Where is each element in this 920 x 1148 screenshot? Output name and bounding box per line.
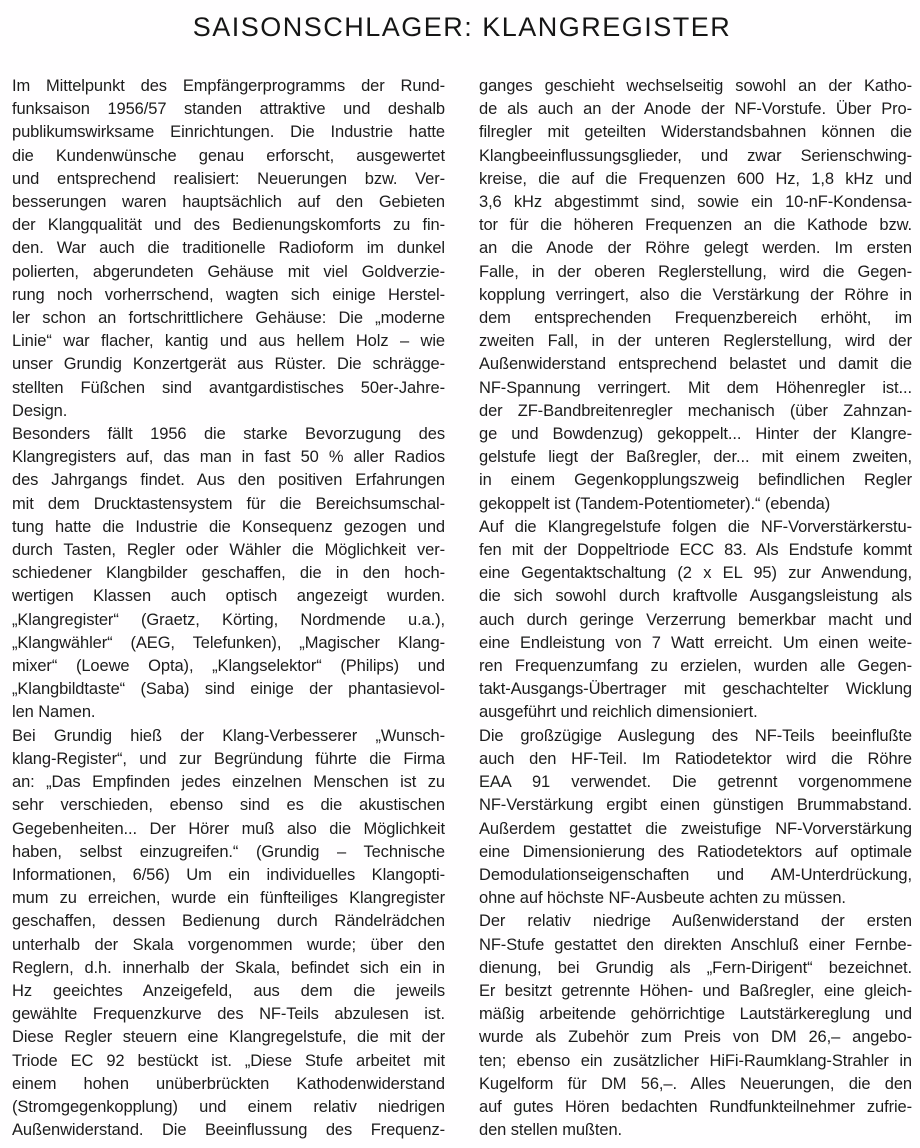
- text-line: Falle, in der oberen Reglerstellung, wir…: [479, 261, 912, 284]
- text-line: unterhalb der Skala vorgenommen wurde; ü…: [12, 934, 445, 957]
- text-line: auf gutes Hören bedachten Rundfunkteilne…: [479, 1096, 912, 1119]
- text-line: Reglern, d.h. innerhalb der Skala, befin…: [12, 957, 445, 980]
- text-line: Bei Grundig hieß der Klang-Verbesserer „…: [12, 725, 445, 748]
- text-line: NF-Stufe gestattet den direkten Anschluß…: [479, 934, 912, 957]
- text-line: Diese Regler steuern eine Klangregelstuf…: [12, 1026, 445, 1049]
- text-line: auch den HF-Teil. Im Ratiodetektor wird …: [479, 748, 912, 771]
- text-line: Er besitzt getrennte Höhen- und Baßregle…: [479, 980, 912, 1003]
- text-line: rung noch vorherrschend, wagten sich ein…: [12, 284, 445, 307]
- article-column-right: ganges geschieht wechselseitig sowohl an…: [479, 75, 912, 1142]
- text-line: und entsprechend realisiert: Neuerungen …: [12, 168, 445, 191]
- text-line: Die großzügige Auslegung des NF-Teils be…: [479, 725, 912, 748]
- text-line: geschaffen, dessen Bedienung durch Rände…: [12, 910, 445, 933]
- text-line: der ZF-Bandbreitenregler mechanisch (übe…: [479, 400, 912, 423]
- text-line: den stellen mußten.: [479, 1119, 912, 1142]
- text-line: funksaison 1956/57 standen attraktive un…: [12, 98, 445, 121]
- text-line: NF-Verstärkung ergibt einen günstigen Br…: [479, 794, 912, 817]
- text-line: ler schon an fortschrittlichere Gehäuse:…: [12, 307, 445, 330]
- text-line: unser Grundig Konzertgerät aus Rüster. D…: [12, 353, 445, 376]
- text-line: Hz geeichtes Anzeigefeld, aus dem die je…: [12, 980, 445, 1003]
- text-line: stellten Füßchen sind avantgardistisches…: [12, 377, 445, 400]
- text-line: Auf die Klangregelstufe folgen die NF-Vo…: [479, 516, 912, 539]
- text-line: zweiten Fall, in der unteren Reglerstell…: [479, 330, 912, 353]
- text-line: Klangbeeinflussungsglieder, und zwar Ser…: [479, 145, 912, 168]
- article-body: Im Mittelpunkt des Empfängerprogramms de…: [12, 75, 912, 1142]
- text-line: Außenwiderstand. Die Beeinflussung des F…: [12, 1119, 445, 1142]
- text-line: Besonders fällt 1956 die starke Bevorzug…: [12, 423, 445, 446]
- text-line: mum zu erreichen, wurde ein fünfteiliges…: [12, 887, 445, 910]
- text-line: des Jahrgangs findet. Aus den positiven …: [12, 469, 445, 492]
- text-line: durch Tasten, Regler oder Wähler die Mög…: [12, 539, 445, 562]
- text-line: mäßig arbeitende gehörrichtige Lautstärk…: [479, 1003, 912, 1026]
- text-line: Außenwiderstand entsprechend belastet un…: [479, 353, 912, 376]
- text-line: len Namen.: [12, 701, 445, 724]
- text-line: wurde als Zubehör zum Preis von DM 26,– …: [479, 1026, 912, 1049]
- text-line: dienung, bei Grundig als „Fern-Dirigent“…: [479, 957, 912, 980]
- text-line: einem hohen unüberbrückten Kathodenwider…: [12, 1073, 445, 1096]
- text-line: den. War auch die traditionelle Radiofor…: [12, 237, 445, 260]
- text-line: Triode EC 92 bestückt ist. „Diese Stufe …: [12, 1050, 445, 1073]
- text-line: eine Endleistung von 7 Watt erreicht. Um…: [479, 632, 912, 655]
- text-line: Im Mittelpunkt des Empfängerprogramms de…: [12, 75, 445, 98]
- text-line: kopplung verringert, also die Verstärkun…: [479, 284, 912, 307]
- text-line: „Klangbildtaste“ (Saba) sind einige der …: [12, 678, 445, 701]
- text-line: wertigen Klassen auch optisch angezeigt …: [12, 585, 445, 608]
- text-line: mixer“ (Loewe Opta), „Klangselektor“ (Ph…: [12, 655, 445, 678]
- text-line: polierten, abgerundeten Gehäuse mit viel…: [12, 261, 445, 284]
- text-line: 3,6 kHz abgestimmt sind, sowie ein 10-nF…: [479, 191, 912, 214]
- text-line: Gegebenheiten... Der Hörer muß also die …: [12, 818, 445, 841]
- page-title: SAISONSCHLAGER: KLANGREGISTER: [12, 12, 912, 43]
- text-line: Informationen, 6/56) Um ein individuelle…: [12, 864, 445, 887]
- text-line: sehr verschieden, ebenso sind es die aku…: [12, 794, 445, 817]
- text-line: die sich sowohl durch kraftvolle Ausgang…: [479, 585, 912, 608]
- text-line: kreise, die auf die Frequenzen 600 Hz, 1…: [479, 168, 912, 191]
- text-line: Demodulationseigenschaften und AM-Unterd…: [479, 864, 912, 887]
- text-line: Außerdem gestattet die zweistufige NF-Vo…: [479, 818, 912, 841]
- text-line: an die Anode der Röhre gelegt werden. Im…: [479, 237, 912, 260]
- text-line: ohne auf höchste NF-Ausbeute achten zu m…: [479, 887, 912, 910]
- text-line: dem entsprechenden Frequenzbereich erhöh…: [479, 307, 912, 330]
- text-line: NF-Spannung verringert. Mit dem Höhenreg…: [479, 377, 912, 400]
- text-line: takt-Ausgangs-Übertrager mit geschachtel…: [479, 678, 912, 701]
- text-line: haben, selbst einzugreifen.“ (Grundig – …: [12, 841, 445, 864]
- text-line: Linie“ war flacher, kantig und aus helle…: [12, 330, 445, 353]
- text-line: klang-Register“, und zur Begründung führ…: [12, 748, 445, 771]
- text-line: gelstufe liegt der Baßregler, der... mit…: [479, 446, 912, 469]
- text-line: filregler mit geteilten Widerstandsbahne…: [479, 121, 912, 144]
- text-line: der Klangqualität und des Bedienungskomf…: [12, 214, 445, 237]
- text-line: ren Frequenzumfang zu erzielen, wurden a…: [479, 655, 912, 678]
- text-line: besserungen waren hauptsächlich auf den …: [12, 191, 445, 214]
- text-line: de als auch an der Anode der NF-Vorstufe…: [479, 98, 912, 121]
- text-line: ge und Bowdenzug) gekoppelt... Hinter de…: [479, 423, 912, 446]
- text-line: gewählte Frequenzkurve des NF-Teils abzu…: [12, 1003, 445, 1026]
- text-line: eine Dimensionierung des Ratiodetektors …: [479, 841, 912, 864]
- text-line: auch durch geringe Verzerrung bemerkbar …: [479, 609, 912, 632]
- text-line: Klangregisters auf, das man in fast 50 %…: [12, 446, 445, 469]
- text-line: tor für die höheren Frequenzen an die Ka…: [479, 214, 912, 237]
- text-line: eine Gegentaktschaltung (2 x EL 95) zur …: [479, 562, 912, 585]
- text-line: ganges geschieht wechselseitig sowohl an…: [479, 75, 912, 98]
- text-line: Der relativ niedrige Außenwiderstand der…: [479, 910, 912, 933]
- text-line: „Klangwähler“ (AEG, Telefunken), „Magisc…: [12, 632, 445, 655]
- text-line: gekoppelt ist (Tandem-Potentiometer).“ (…: [479, 493, 912, 516]
- magazine-page: SAISONSCHLAGER: KLANGREGISTER Im Mittelp…: [0, 0, 920, 1148]
- text-line: EAA 91 verwendet. Die getrennt vorgenomm…: [479, 771, 912, 794]
- text-line: ausgeführt und reichlich dimensioniert.: [479, 701, 912, 724]
- text-line: (Stromgegenkopplung) und einem relativ n…: [12, 1096, 445, 1119]
- text-line: „Klangregister“ (Graetz, Körting, Nordme…: [12, 609, 445, 632]
- text-line: schiedener Klangbilder geschaffen, die i…: [12, 562, 445, 585]
- text-line: an: „Das Empfinden jedes einzelnen Mensc…: [12, 771, 445, 794]
- text-line: in einem Gegenkopplungszweig befindliche…: [479, 469, 912, 492]
- text-line: publikumswirksame Einrichtungen. Die Ind…: [12, 121, 445, 144]
- text-line: fen mit der Doppeltriode ECC 83. Als End…: [479, 539, 912, 562]
- text-line: mit dem Drucktastensystem für die Bereic…: [12, 493, 445, 516]
- article-column-left: Im Mittelpunkt des Empfängerprogramms de…: [12, 75, 445, 1142]
- text-line: Kugelform für DM 56,–. Alles Neuerungen,…: [479, 1073, 912, 1096]
- text-line: tung hatte die Industrie die Konsequenz …: [12, 516, 445, 539]
- text-line: die Kundenwünsche genau erforscht, ausge…: [12, 145, 445, 168]
- text-line: Design.: [12, 400, 445, 423]
- text-line: ten; ebenso ein zusätzlicher HiFi-Raumkl…: [479, 1050, 912, 1073]
